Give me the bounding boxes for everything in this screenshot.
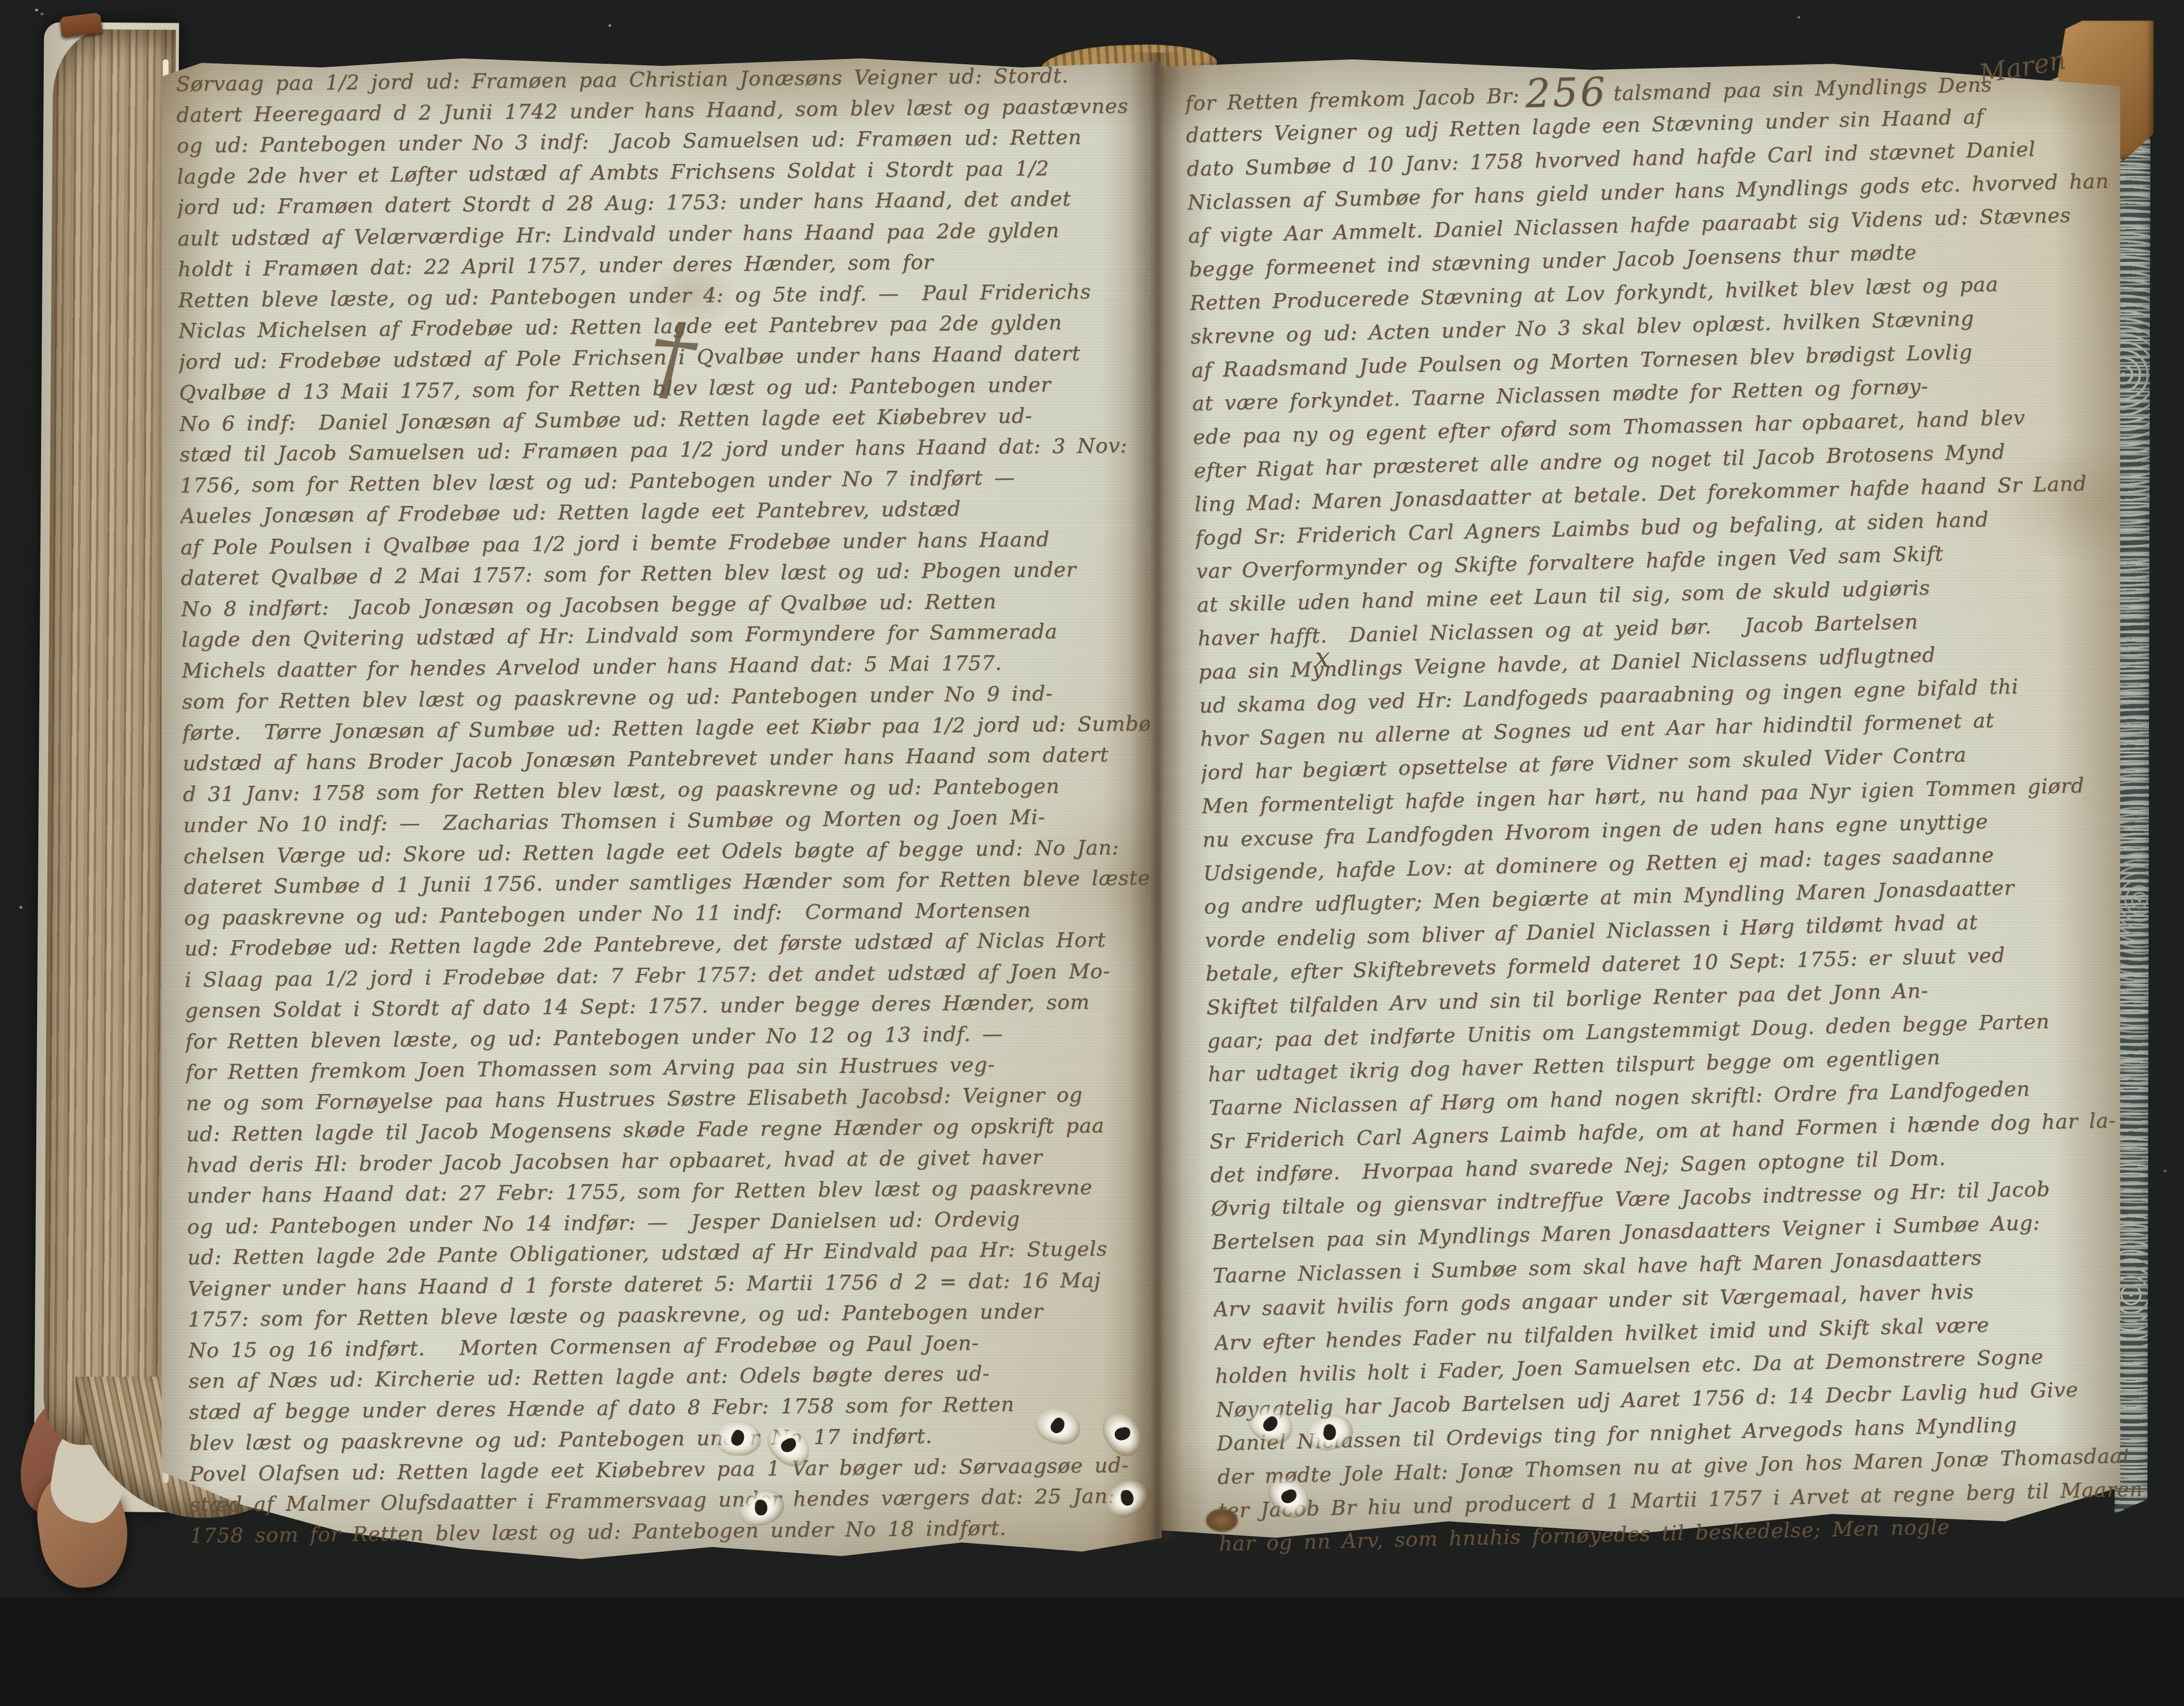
book-photo: Sørvaag paa 1/2 jord ud: Framøen paa Chr… (0, 0, 2184, 1598)
dust-speck (41, 13, 43, 15)
dust-speck (35, 9, 38, 11)
dust-speck (20, 906, 22, 908)
left-fore-edge (43, 29, 176, 1445)
wormhole (715, 1421, 761, 1456)
right-page-text: for Retten fremkom Jacob Br:256talsmand … (1185, 63, 2142, 1557)
dust-speck (2164, 1170, 2166, 1172)
dust-speck (1798, 16, 1800, 18)
dust-speck (609, 24, 612, 27)
right-line1-pre: for Retten fremkom Jacob Br: (1185, 84, 1520, 115)
left-page-text: Sørvaag paa 1/2 jord ud: Framøen paa Chr… (176, 59, 1158, 1558)
gutter-binding-tuft (1206, 1509, 1238, 1532)
right-line1-post: talsmand paa sin Myndlings Dens (1613, 73, 1992, 105)
ink-x-mark: x (1315, 641, 1330, 673)
